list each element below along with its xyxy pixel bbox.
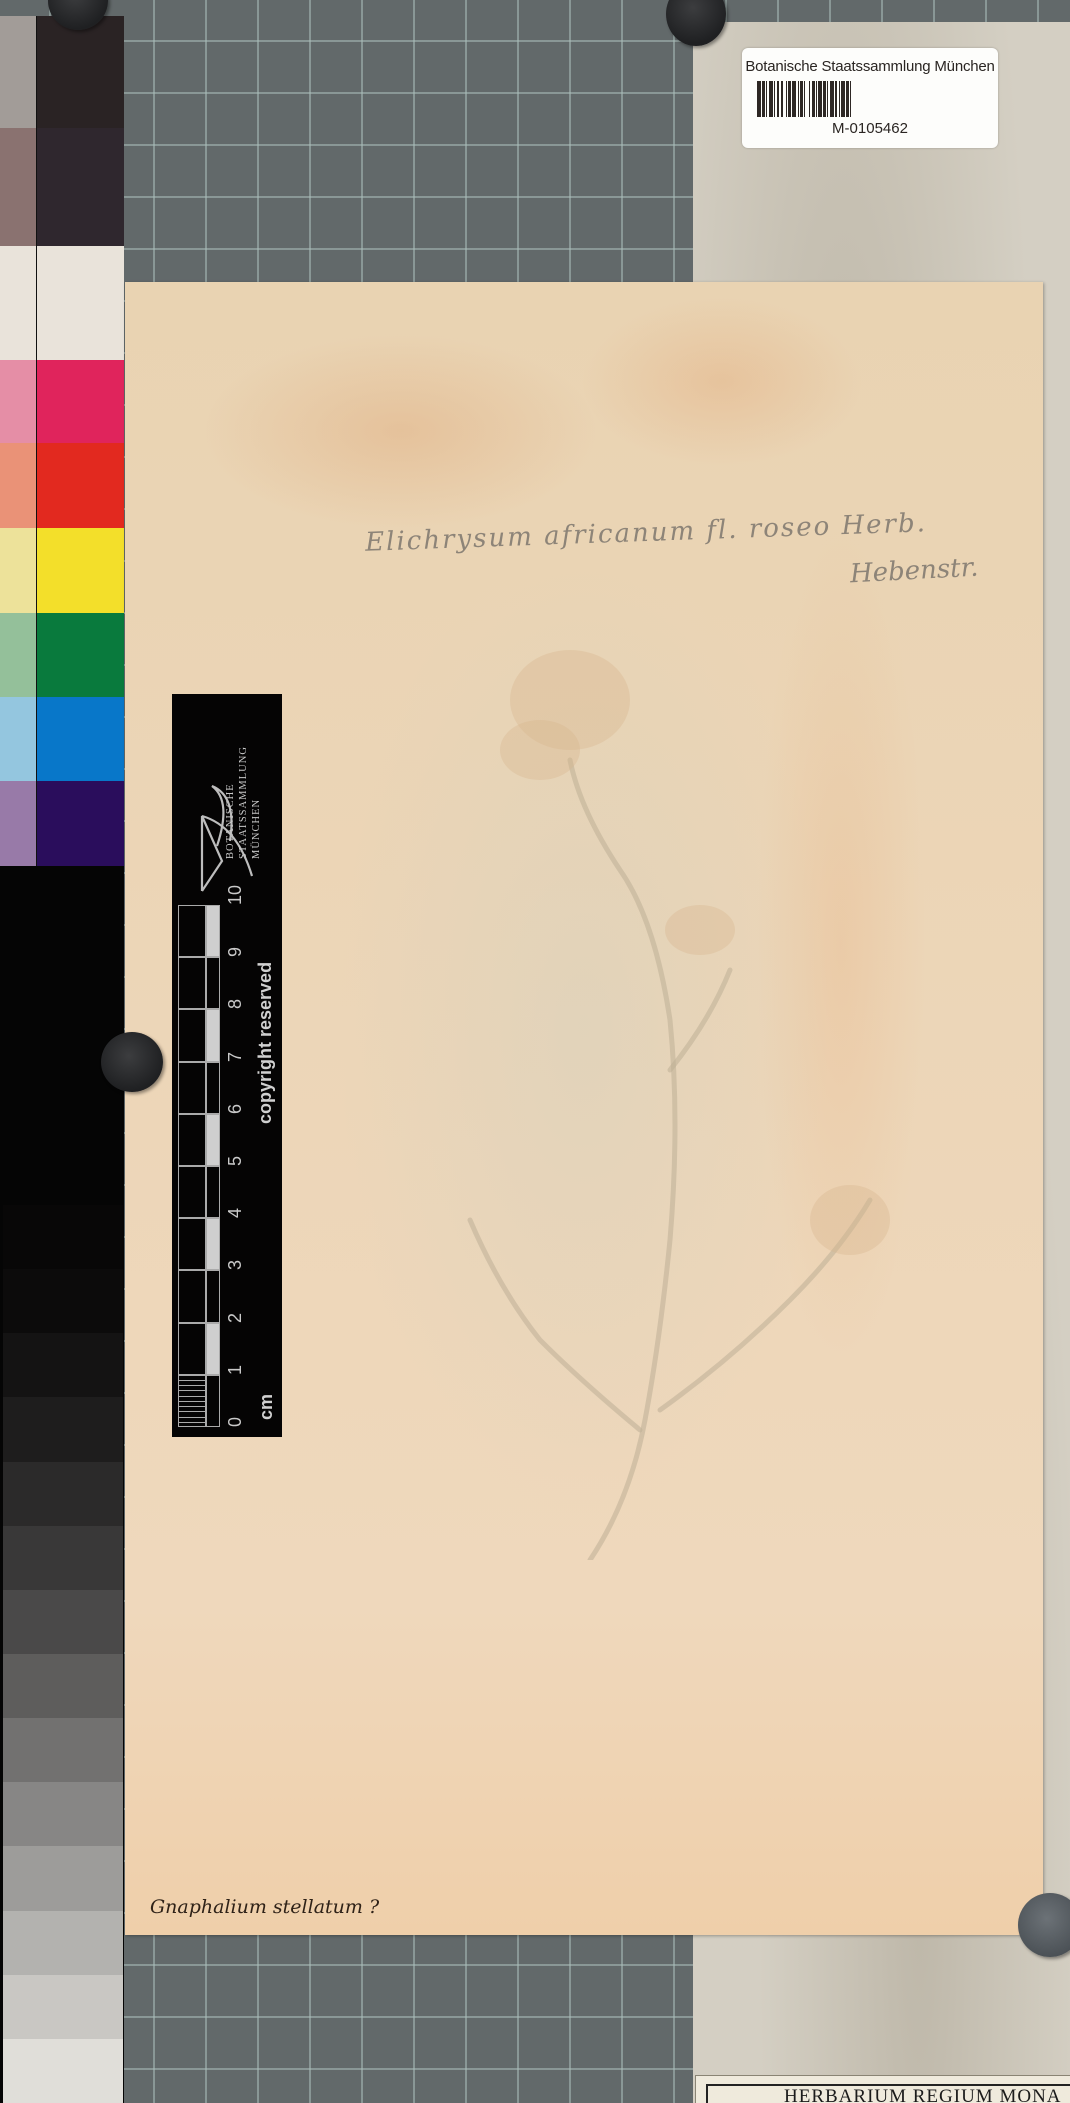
mm-tick — [178, 1401, 206, 1402]
inst-line-1: BOTANISCHE — [225, 783, 236, 859]
gray-step — [3, 1333, 123, 1398]
unit-label: cm — [256, 1394, 277, 1420]
cm-label: 0 — [226, 1417, 244, 1427]
cm-block-alt — [206, 905, 220, 957]
mm-tick — [178, 1385, 206, 1386]
inst-line-3: MÜNCHEN — [251, 799, 262, 859]
cm-block-alt — [206, 1323, 220, 1375]
color-patch — [37, 528, 124, 614]
cm-label: 2 — [226, 1313, 244, 1323]
cm-label: 10 — [226, 885, 244, 905]
color-patch — [37, 16, 124, 129]
copyright-text: copyright reserved — [255, 924, 276, 1124]
cm-label: 8 — [226, 999, 244, 1009]
color-patch — [0, 128, 37, 247]
handwritten-annotation: Gnaphalium stellatum ? — [150, 1896, 379, 1918]
cm-label: 1 — [226, 1365, 244, 1375]
color-calibration-chart — [0, 16, 124, 1050]
mm-tick — [178, 1422, 206, 1423]
gray-step — [3, 1590, 123, 1655]
gray-step — [3, 1654, 123, 1719]
color-patch — [37, 697, 124, 782]
gray-step — [3, 1718, 123, 1783]
cm-label: 5 — [226, 1156, 244, 1166]
color-patch — [37, 246, 124, 361]
color-patch — [0, 443, 37, 529]
gray-step — [3, 1975, 123, 2040]
cm-block — [178, 1218, 206, 1270]
cm-block — [178, 905, 206, 957]
cm-block-alt — [206, 957, 220, 1009]
gray-step — [3, 1269, 123, 1334]
gray-step — [3, 1846, 123, 1911]
color-patch — [0, 528, 37, 614]
cm-block — [178, 1166, 206, 1218]
gray-step — [3, 1205, 123, 1270]
color-patch — [37, 128, 124, 247]
barcode-label: Botanische Staatssammlung München M-0105… — [742, 48, 998, 148]
color-patch — [37, 613, 124, 698]
color-patch — [0, 613, 37, 698]
color-patch — [0, 781, 37, 867]
gray-step — [3, 1526, 123, 1591]
cm-block-alt — [206, 1166, 220, 1218]
cm-block — [178, 957, 206, 1009]
gray-step — [3, 1462, 123, 1527]
magnet-left — [101, 1032, 163, 1092]
cm-block — [178, 1114, 206, 1166]
mm-tick — [178, 1390, 206, 1391]
color-patch — [0, 16, 37, 129]
cm-block-alt — [206, 1218, 220, 1270]
color-patch — [37, 360, 124, 444]
cm-label: 4 — [226, 1208, 244, 1218]
mm-tick — [178, 1396, 206, 1397]
cm-block — [178, 1270, 206, 1322]
cm-label: 3 — [226, 1260, 244, 1270]
color-patch — [0, 360, 37, 444]
barcode-bar — [851, 81, 853, 117]
gray-step — [3, 1911, 123, 1976]
cm-block — [178, 1323, 206, 1375]
mm-tick — [178, 1417, 206, 1418]
inst-line-2: STAATSSAMMLUNG — [238, 746, 249, 859]
gray-step — [3, 1782, 123, 1847]
mm-tick — [178, 1411, 206, 1412]
cm-block-alt — [206, 1114, 220, 1166]
color-patch — [37, 781, 124, 867]
herbarium-label-title: HERBARIUM REGIUM MONA — [784, 2086, 1062, 2103]
cm-block-alt — [206, 1375, 220, 1427]
color-patch — [0, 246, 37, 361]
cm-block-alt — [206, 1009, 220, 1061]
scale-bar: BOTANISCHE STAATSSAMMLUNG MÜNCHEN 012345… — [172, 694, 282, 1437]
mm-tick — [178, 1380, 206, 1381]
color-patch — [37, 443, 124, 529]
barcode-id: M-0105462 — [742, 120, 998, 137]
cm-label: 9 — [226, 947, 244, 957]
institution-name: Botanische Staatssammlung München — [742, 58, 998, 75]
cm-block — [178, 1062, 206, 1114]
herbarium-label: HERBARIUM REGIUM MONA — [695, 2075, 1070, 2103]
cm-label: 7 — [226, 1052, 244, 1062]
cm-block-alt — [206, 1270, 220, 1322]
cm-label: 6 — [226, 1104, 244, 1114]
plant-impression — [430, 640, 890, 1560]
color-patch — [0, 866, 124, 1051]
grayscale-strip — [0, 1050, 124, 2103]
cm-block-alt — [206, 1062, 220, 1114]
scale-bar-institution: BOTANISCHE STAATSSAMMLUNG MÜNCHEN — [224, 709, 284, 859]
barcode — [757, 81, 983, 117]
gray-step — [3, 1397, 123, 1462]
color-patch — [0, 697, 37, 782]
mm-tick — [178, 1406, 206, 1407]
cm-block — [178, 1009, 206, 1061]
gray-step — [3, 2039, 123, 2103]
